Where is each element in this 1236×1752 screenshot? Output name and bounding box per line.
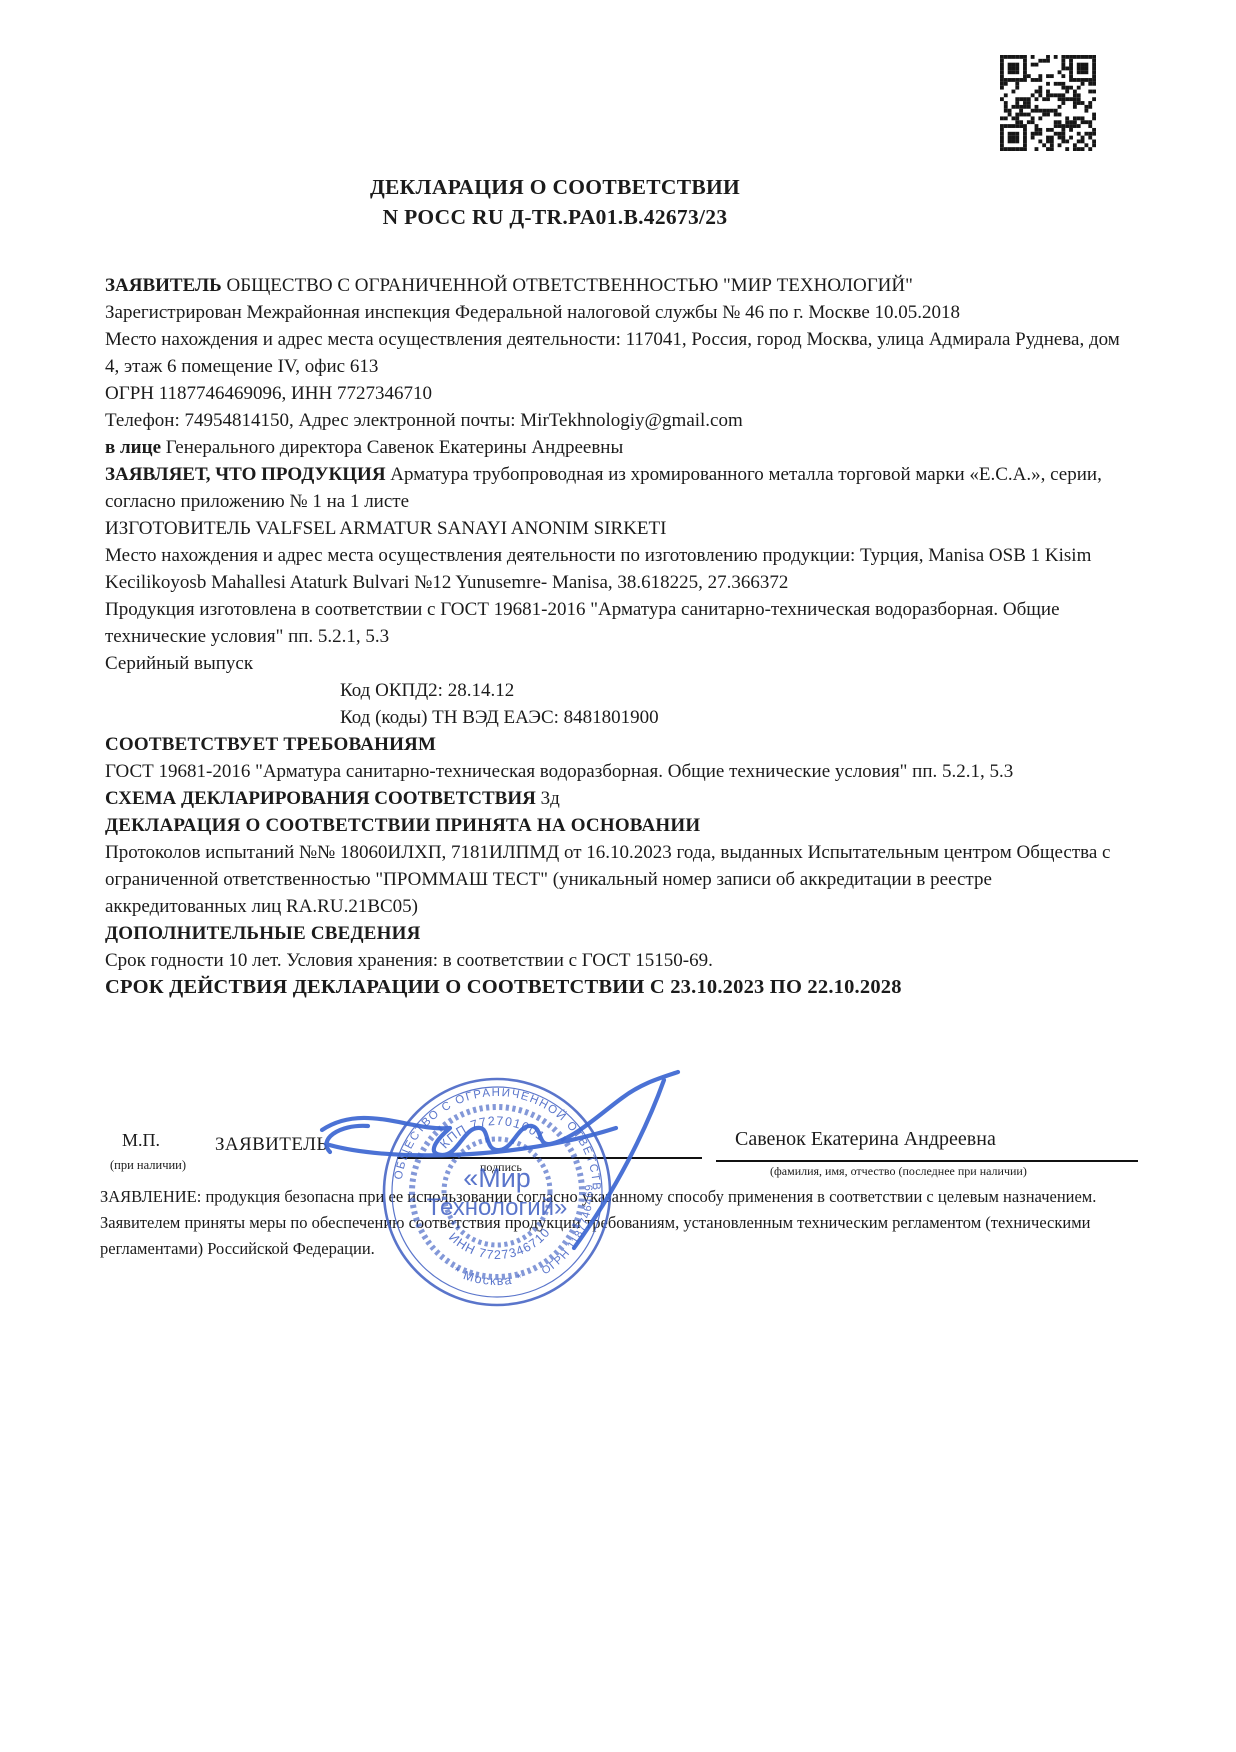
document-body: ЗАЯВИТЕЛЬ ОБЩЕСТВО С ОГРАНИЧЕННОЙ ОТВЕТС… [105,272,1137,1001]
manufacturer-label: ИЗГОТОВИТЕЛЬ [105,518,251,539]
ogrn-inn-line: ОГРН 1187746469096, ИНН 7727346710 [105,380,1137,407]
scheme-label: СХЕМА ДЕКЛАРИРОВАНИЯ СООТВЕТСТВИЯ [105,788,536,809]
serial-release-line: Серийный выпуск [105,650,1137,677]
scheme-paragraph: СХЕМА ДЕКЛАРИРОВАНИЯ СООТВЕТСТВИЯ 3д [105,785,1137,812]
title-line2: N РОСС RU Д-TR.PA01.B.42673/23 [105,202,1005,232]
phone-email-line: Телефон: 74954814150, Адрес электронной … [105,407,1137,434]
signatory-name: Савенок Екатерина Андреевна [735,1128,996,1151]
declares-label: ЗАЯВЛЯЕТ, ЧТО ПРОДУКЦИЯ [105,464,386,485]
manufacturer-paragraph: ИЗГОТОВИТЕЛЬ VALFSEL ARMATUR SANAYI ANON… [105,515,1137,542]
complies-text: ГОСТ 19681-2016 "Арматура санитарно-техн… [105,758,1137,785]
stamp-place-note: (при наличии) [110,1158,186,1173]
title-line1: ДЕКЛАРАЦИЯ О СООТВЕТСТВИИ [105,172,1005,202]
manufacturer-value: VALFSEL ARMATUR SANAYI ANONIM SIRKETI [255,518,666,539]
applicant-label: ЗАЯВИТЕЛЬ [105,275,222,296]
applicant-signature-label: ЗАЯВИТЕЛЬ [215,1134,328,1156]
additional-info-text: Срок годности 10 лет. Условия хранения: … [105,947,1137,974]
validity-period-line: СРОК ДЕЙСТВИЯ ДЕКЛАРАЦИИ О СООТВЕТСТВИИ … [105,974,1137,1001]
name-line [716,1160,1138,1162]
represented-by-value: Генерального директора Савенок Екатерины… [166,437,624,458]
gost-conformity-paragraph: Продукция изготовлена в соответствии с Г… [105,596,1137,650]
document-page: ДЕКЛАРАЦИЯ О СООТВЕТСТВИИ N РОСС RU Д-TR… [0,0,1236,1752]
represented-by-paragraph: в лице Генерального директора Савенок Ек… [105,434,1137,461]
tnved-code-line: Код (коды) ТН ВЭД ЕАЭС: 8481801900 [340,704,1137,731]
stamp-ring-bottom-text: * Москва * [451,1264,525,1288]
complies-heading: СООТВЕТСТВУЕТ ТРЕБОВАНИЯМ [105,731,1137,758]
address-paragraph: Место нахождения и адрес места осуществл… [105,326,1137,380]
document-title: ДЕКЛАРАЦИЯ О СООТВЕТСТВИИ N РОСС RU Д-TR… [105,172,1005,232]
basis-text: Протоколов испытаний №№ 18060ИЛХП, 7181И… [105,839,1137,920]
applicant-value: ОБЩЕСТВО С ОГРАНИЧЕННОЙ ОТВЕТСТВЕННОСТЬЮ… [227,275,913,296]
represented-by-label: в лице [105,437,161,458]
scheme-value: 3д [541,788,560,809]
registration-paragraph: Зарегистрирован Межрайонная инспекция Фе… [105,299,1137,326]
applicant-paragraph: ЗАЯВИТЕЛЬ ОБЩЕСТВО С ОГРАНИЧЕННОЙ ОТВЕТС… [105,272,1137,299]
basis-heading: ДЕКЛАРАЦИЯ О СООТВЕТСТВИИ ПРИНЯТА НА ОСН… [105,812,1137,839]
declares-paragraph: ЗАЯВЛЯЕТ, ЧТО ПРОДУКЦИЯ Арматура трубопр… [105,461,1137,515]
okpd2-code-line: Код ОКПД2: 28.14.12 [340,677,1137,704]
handwritten-signature [316,1066,696,1266]
name-caption: (фамилия, имя, отчество (последнее при н… [770,1164,1027,1179]
stamp-place-label: М.П. [122,1130,160,1151]
qr-code [1000,55,1096,151]
additional-info-heading: ДОПОЛНИТЕЛЬНЫЕ СВЕДЕНИЯ [105,920,1137,947]
manufacturer-address-paragraph: Место нахождения и адрес места осуществл… [105,542,1137,596]
